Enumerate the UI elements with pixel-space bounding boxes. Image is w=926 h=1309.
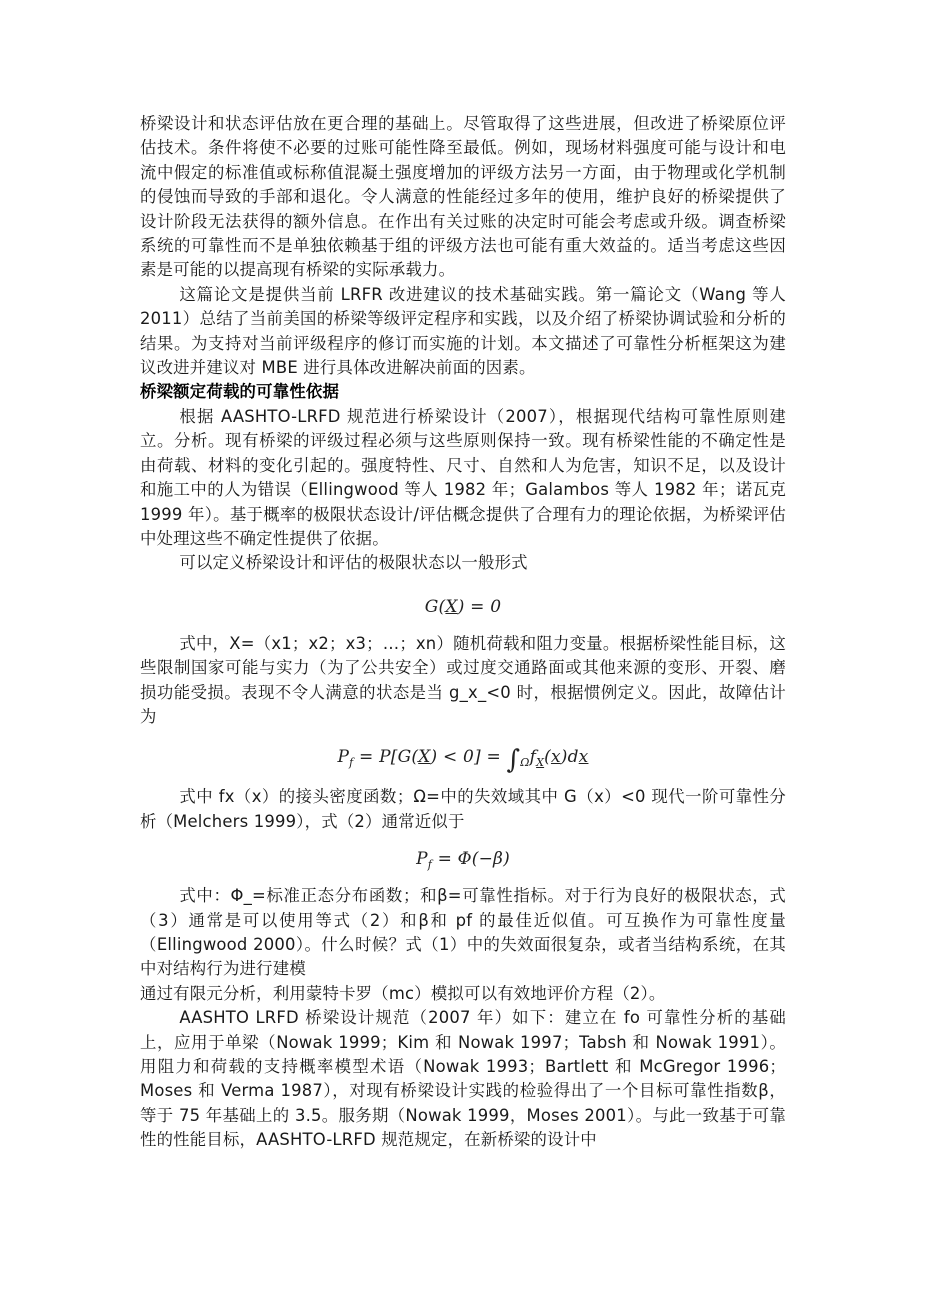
integral-symbol: ∫ [507,745,521,775]
eq1-var: X [445,597,457,617]
paragraph-limit-state: 可以定义桥梁设计和评估的极限状态以一般形式 [140,551,786,575]
eq2-paren-close: )d [561,747,579,767]
paragraph-variables: 式中，X=（x1；x2；x3；…；xn）随机荷载和阻力变量。根据桥梁性能目标，这… [140,632,786,730]
eq3-p: P [416,849,428,869]
eq2-paren-open: ( [544,747,551,767]
eq2-after: ) < 0] = [431,747,507,767]
eq2-x: x [551,747,561,767]
eq2-integrand-sub: X [536,756,544,769]
eq2-dx: x [579,747,589,767]
eq2-middle: = P[G( [353,747,418,767]
eq2-var: X [418,747,430,767]
equation-failure-probability: Pf = P[G(X) < 0] = ∫ΩfX(x)dx [140,729,786,785]
eq1-lhs: G( [425,597,446,617]
eq2-domain: Ω [520,756,529,769]
equation-limit-state: G(X) = 0 [140,582,786,632]
paragraph-intro: 这篇论文是提供当前 LRFR 改进建议的技术基础实践。第一篇论文（Wang 等人… [140,283,786,381]
eq1-rhs: ) = 0 [458,597,502,617]
document-page: 桥梁设计和状态评估放在更合理的基础上。尽管取得了这些进展，但改进了桥梁原位评估技… [140,112,786,1153]
section-heading: 桥梁额定荷载的可靠性依据 [140,380,786,404]
eq3-rhs: = Φ(−β) [432,849,510,869]
paragraph-monte-carlo: 通过有限元分析，利用蒙特卡罗（mc）模拟可以有效地评价方程（2）。 [140,982,786,1006]
paragraph-density: 式中 fx（x）的接头密度函数；Ω=中的失效域其中 G（x）<0 现代一阶可靠性… [140,785,786,834]
equation-reliability-index: Pf = Φ(−β) [140,834,786,884]
paragraph-continuation: 桥梁设计和状态评估放在更合理的基础上。尽管取得了这些进展，但改进了桥梁原位评估技… [140,112,786,283]
eq2-p: P [338,747,350,767]
paragraph-lrfd-code: AASHTO LRFD 桥梁设计规范（2007 年）如下：建立在 fo 可靠性分… [140,1006,786,1152]
paragraph-phi: 式中：Φ_=标准正态分布函数；和β=可靠性指标。对于行为良好的极限状态，式（3）… [140,884,786,982]
paragraph-aashto: 根据 AASHTO-LRFD 规范进行桥梁设计（2007），根据现代结构可靠性原… [140,405,786,551]
